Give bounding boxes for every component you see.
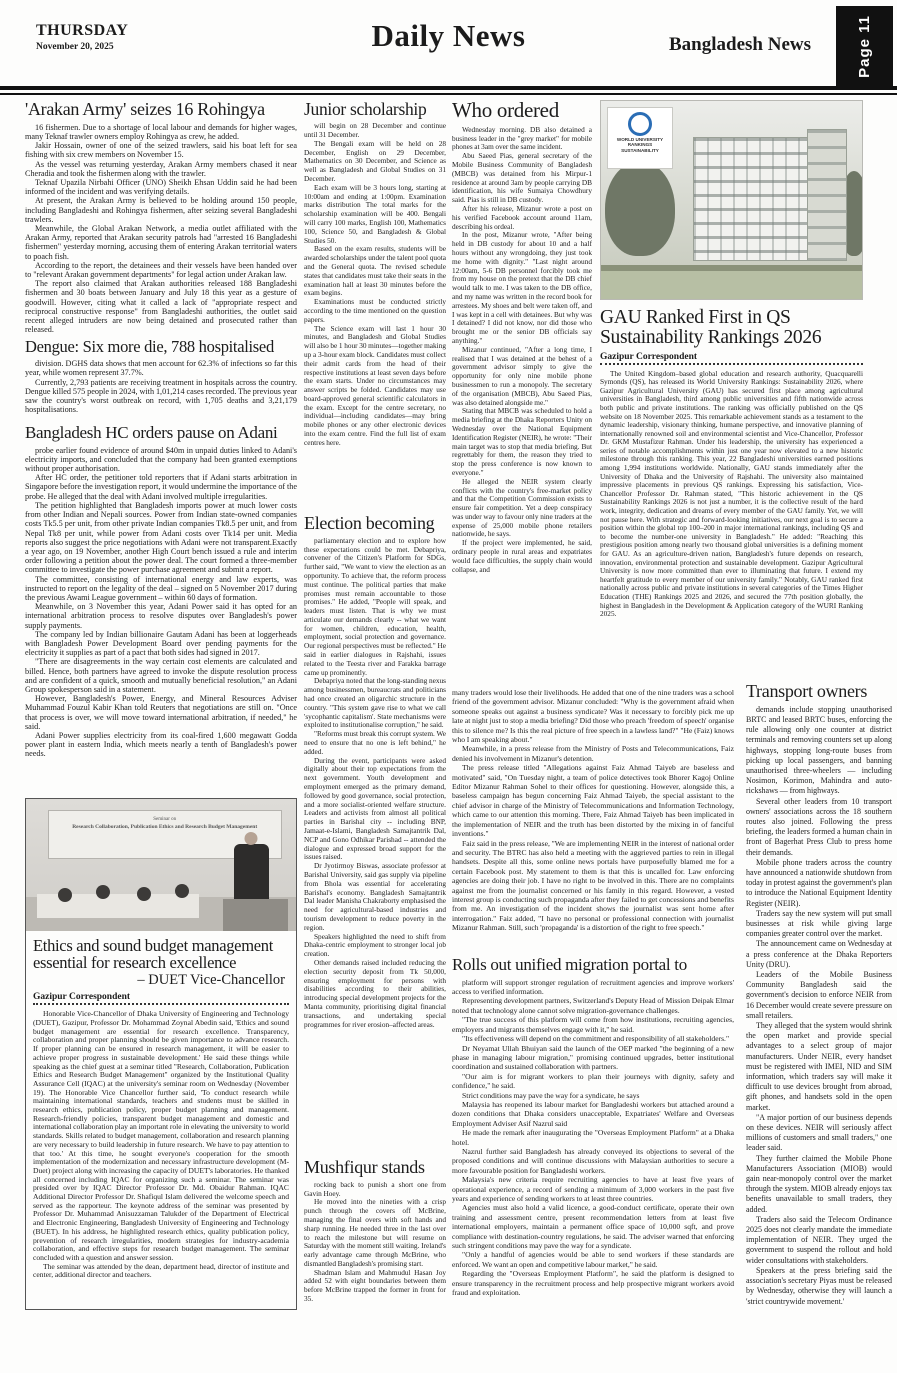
paragraph: many traders would lose their livelihood… — [452, 688, 734, 744]
paragraph: Based on the exam results, students will… — [304, 245, 446, 298]
paragraph: The petition highlighted that Bangladesh… — [25, 501, 297, 575]
paragraph: Mobile phone traders across the country … — [746, 858, 892, 909]
headline-migration-portal: Rolls out unified migration portal to — [452, 956, 734, 974]
paragraph: He alleged the NEIR system clearly confl… — [452, 478, 592, 540]
headline-election: Election becoming — [304, 514, 446, 533]
paragraph: demands include stopping unauthorised BR… — [746, 705, 892, 797]
article-body: many traders would lose their livelihood… — [452, 688, 734, 933]
logo-ring-icon — [628, 112, 652, 136]
paragraph: Meanwhile, in a press release from the M… — [452, 744, 734, 763]
paragraph: Several other leaders from 10 transport … — [746, 797, 892, 858]
headline-duet-line2: essential for research excellence — [33, 954, 289, 971]
paragraph: division. DGHS data shows that men accou… — [25, 359, 297, 377]
paragraph: At present, the Arakan Army is believed … — [25, 196, 297, 224]
paragraph: Each exam will be 3 hours long, starting… — [304, 184, 446, 246]
header-rule-thick — [0, 86, 897, 90]
article-body: demands include stopping unauthorised BR… — [746, 705, 892, 1307]
audience-silhouette — [175, 884, 189, 898]
paragraph: The press release titled "Allegations ag… — [452, 763, 734, 838]
article-who-ordered-continued: many traders would lose their livelihood… — [452, 688, 734, 954]
page-number-label: Page 11 — [856, 15, 873, 78]
logo-text: WORLD UNIVERSITY RANKINGS SUSTAINABILITY — [608, 137, 672, 153]
paragraph: If the project were implemented, he said… — [452, 539, 592, 574]
paragraph: "Its effectiveness will depend on the co… — [452, 1034, 734, 1043]
paragraph: parliamentary election and to explore ho… — [304, 537, 446, 678]
building-shape — [693, 137, 813, 261]
audience-silhouette — [137, 887, 151, 901]
seminar-banner-line1: Seminar on — [49, 817, 281, 822]
campus-photo: WORLD UNIVERSITY RANKINGS SUSTAINABILITY — [600, 100, 863, 300]
article-adani: Bangladesh HC orders pause on Adani prob… — [25, 424, 297, 796]
lawn-shape — [601, 271, 862, 299]
paragraph: "Our aim is for migrant workers to plan … — [452, 1072, 734, 1091]
paragraph: The report also claimed that Arakan auth… — [25, 279, 297, 334]
paragraph: However, Bangladesh's Power, Energy, and… — [25, 694, 297, 731]
paragraph: Traders also said the Telecom Ordinance … — [746, 1215, 892, 1266]
headline-mushfiqur: Mushfiqur stands — [304, 1158, 446, 1177]
byline-rule — [600, 363, 863, 365]
seminar-banner-line2: Research Collaboration, Publication Ethi… — [49, 824, 281, 830]
headline-arakan: 'Arakan Army' seizes 16 Rohingya — [25, 100, 297, 119]
paragraph: probe earlier found evidence of around $… — [25, 446, 297, 474]
paragraph: Leaders of the Mobile Business Community… — [746, 970, 892, 1021]
tree-shape — [605, 161, 675, 256]
paragraph: "Only a handful of agencies would be abl… — [452, 1250, 734, 1269]
paragraph: The company led by Indian billionaire Ga… — [25, 630, 297, 658]
paragraph: Meanwhile, on 3 November this year, Adan… — [25, 602, 297, 630]
paragraph: The Science exam will last 1 hour 30 min… — [304, 325, 446, 448]
article-election: Election becoming parliamentary election… — [304, 514, 446, 1156]
paragraph: Malaysia's new criteria require recruiti… — [452, 1175, 734, 1203]
paragraph: "There are disagreements in the way cert… — [25, 657, 297, 694]
article-body: will begin on 28 December and continue u… — [304, 122, 446, 447]
paragraph: The United Kingdom–based global educatio… — [600, 370, 863, 619]
paragraph: Currently, 2,793 patients are receiving … — [25, 378, 297, 415]
article-dengue: Dengue: Six more die, 788 hospitalised d… — [25, 338, 297, 424]
paragraph: The announcement came on Wednesday at a … — [746, 939, 892, 970]
paragraph: Speakers highlighted the need to shift f… — [304, 933, 446, 959]
article-body: 16 fishermen. Due to a shortage of local… — [25, 123, 297, 335]
paragraph: Traders say the new system will put smal… — [746, 909, 892, 940]
paragraph: Meanwhile, the Global Arakan Network, a … — [25, 224, 297, 261]
paragraph: He moved into the nineties with a crisp … — [304, 1198, 446, 1268]
article-body: rocking back to punish a short one from … — [304, 1181, 446, 1304]
article-body: Honorable Vice-Chancellor of Dhaka Unive… — [33, 1010, 289, 1280]
header-rule-thin — [0, 93, 897, 95]
paragraph: Dr Jyotirmoy Biswas, associate professor… — [304, 862, 446, 932]
paragraph: Faiz said in the press release, "We are … — [452, 839, 734, 933]
paragraph: Abu Saeed Pias, general secretary of the… — [452, 152, 592, 205]
newspaper-page: THURSDAY November 20, 2025 Daily News Ba… — [0, 0, 897, 1373]
paragraph: Other demands raised included reducing t… — [304, 959, 446, 1029]
paragraph: He made the remark after inaugurating th… — [452, 1128, 734, 1147]
paragraph: Nazrul further said Bangladesh has alrea… — [452, 1147, 734, 1175]
paragraph: Strict conditions may pave the way for a… — [452, 1091, 734, 1100]
paragraph: In the post, Mizanur wrote, "After being… — [452, 231, 592, 345]
byline-duet: Gazipur Correspondent — [33, 992, 289, 1002]
paragraph: The seminar was attended by the dean, de… — [33, 1263, 289, 1280]
headline-gau-line2: Sustainability Rankings 2026 — [600, 328, 863, 348]
paragraph: Speakers at the press briefing said the … — [746, 1266, 892, 1307]
paragraph: They alleged that the system would shrin… — [746, 1021, 892, 1113]
paragraph: "Reforms must break this corrupt system.… — [304, 730, 446, 756]
paragraph: As the vessel was returning yesterday, A… — [25, 160, 297, 178]
paragraph: After his release, Mizanur wrote a post … — [452, 205, 592, 231]
paragraph: Debapriya noted that the long-standing n… — [304, 677, 446, 730]
paragraph: According to the report, the detainees a… — [25, 261, 297, 279]
headline-transport: Transport owners — [746, 682, 892, 701]
paragraph: Malaysia has reopened its labour market … — [452, 1100, 734, 1128]
paragraph: Wednesday morning. DB also detained a bu… — [452, 126, 592, 152]
byline-rule — [33, 1003, 289, 1005]
paragraph: rocking back to punish a short one from … — [304, 1181, 446, 1199]
paragraph: platform will support stronger regulatio… — [452, 978, 734, 997]
article-duet-box: Seminar on Research Collaboration, Publi… — [25, 798, 297, 1310]
article-mushfiqur: Mushfiqur stands rocking back to punish … — [304, 1158, 446, 1316]
paragraph: Dr Neyamat Ullah Bhuiyan said the launch… — [452, 1044, 734, 1072]
paragraph: Teknaf Upazila Nirbahi Officer (UNO) She… — [25, 178, 297, 196]
podium — [223, 899, 288, 931]
article-who-ordered: Who ordered Wednesday morning. DB also d… — [452, 100, 592, 706]
article-junior-scholarship: Junior scholarship will begin on 28 Dece… — [304, 100, 446, 512]
article-body: division. DGHS data shows that men accou… — [25, 359, 297, 414]
rankings-logo: WORLD UNIVERSITY RANKINGS SUSTAINABILITY — [607, 107, 673, 169]
article-body: probe earlier found evidence of around $… — [25, 446, 297, 759]
paragraph: Adani Power supplies electricity from it… — [25, 731, 297, 759]
article-body: The United Kingdom–based global educatio… — [600, 370, 863, 619]
paragraph: The committee, consisting of internation… — [25, 575, 297, 603]
article-body: parliamentary election and to explore ho… — [304, 537, 446, 1030]
paragraph: Examinations must be conducted strictly … — [304, 298, 446, 324]
paragraph: Jakir Hossain, owner of one of the seize… — [25, 141, 297, 159]
paragraph: Agencies must also hold a valid licence,… — [452, 1203, 734, 1250]
paragraph: Regarding the "Overseas Employment Platf… — [452, 1269, 734, 1297]
paragraph: Stating that MBCB was scheduled to hold … — [452, 407, 592, 477]
headline-dengue: Dengue: Six more die, 788 hospitalised — [25, 338, 297, 355]
paragraph: will begin on 28 December and continue u… — [304, 122, 446, 140]
building-tower-shape — [807, 129, 847, 261]
subheadline-duet: – DUET Vice-Chancellor — [33, 972, 285, 989]
headline-gau-line1: GAU Ranked First in QS — [600, 308, 863, 328]
paragraph: Honorable Vice-Chancellor of Dhaka Unive… — [33, 1010, 289, 1262]
article-gau-ranking: GAU Ranked First in QS Sustainability Ra… — [600, 308, 863, 688]
paragraph: During the event, participants were aske… — [304, 757, 446, 863]
headline-junior: Junior scholarship — [304, 100, 446, 118]
headline-who-ordered: Who ordered — [452, 100, 592, 122]
section-label: Bangladesh News — [655, 34, 825, 56]
speaker-silhouette — [234, 844, 269, 905]
byline-gau: Gazipur Correspondent — [600, 352, 863, 362]
article-transport-owners: Transport owners demands include stoppin… — [746, 682, 892, 1370]
paragraph: Representing development partners, Switz… — [452, 996, 734, 1015]
headline-adani: Bangladesh HC orders pause on Adani — [25, 424, 297, 442]
headline-duet-line1: Ethics and sound budget management — [33, 937, 289, 954]
paragraph: 16 fishermen. Due to a shortage of local… — [25, 123, 297, 141]
paragraph: Shadman Islam and Mahmudul Hasan Joy add… — [304, 1269, 446, 1304]
seminar-photo: Seminar on Research Collaboration, Publi… — [26, 799, 296, 931]
article-migration-portal: Rolls out unified migration portal to pl… — [452, 956, 734, 1352]
paragraph: "A major portion of our business depends… — [746, 1113, 892, 1154]
paragraph: Mizanur continued, "After a long time, I… — [452, 346, 592, 408]
paragraph: After HC order, the petitioner told repo… — [25, 473, 297, 501]
article-arakan: 'Arakan Army' seizes 16 Rohingya 16 fish… — [25, 100, 297, 338]
article-body: platform will support stronger regulatio… — [452, 978, 734, 1298]
page-number-tab: Page 11 — [836, 6, 893, 86]
article-body: Wednesday morning. DB also detained a bu… — [452, 126, 592, 575]
paragraph: They further claimed the Mobile Phone Ma… — [746, 1154, 892, 1215]
paragraph: The Bengali exam will be held on 28 Dece… — [304, 140, 446, 184]
paragraph: "The true success of this platform will … — [452, 1015, 734, 1034]
